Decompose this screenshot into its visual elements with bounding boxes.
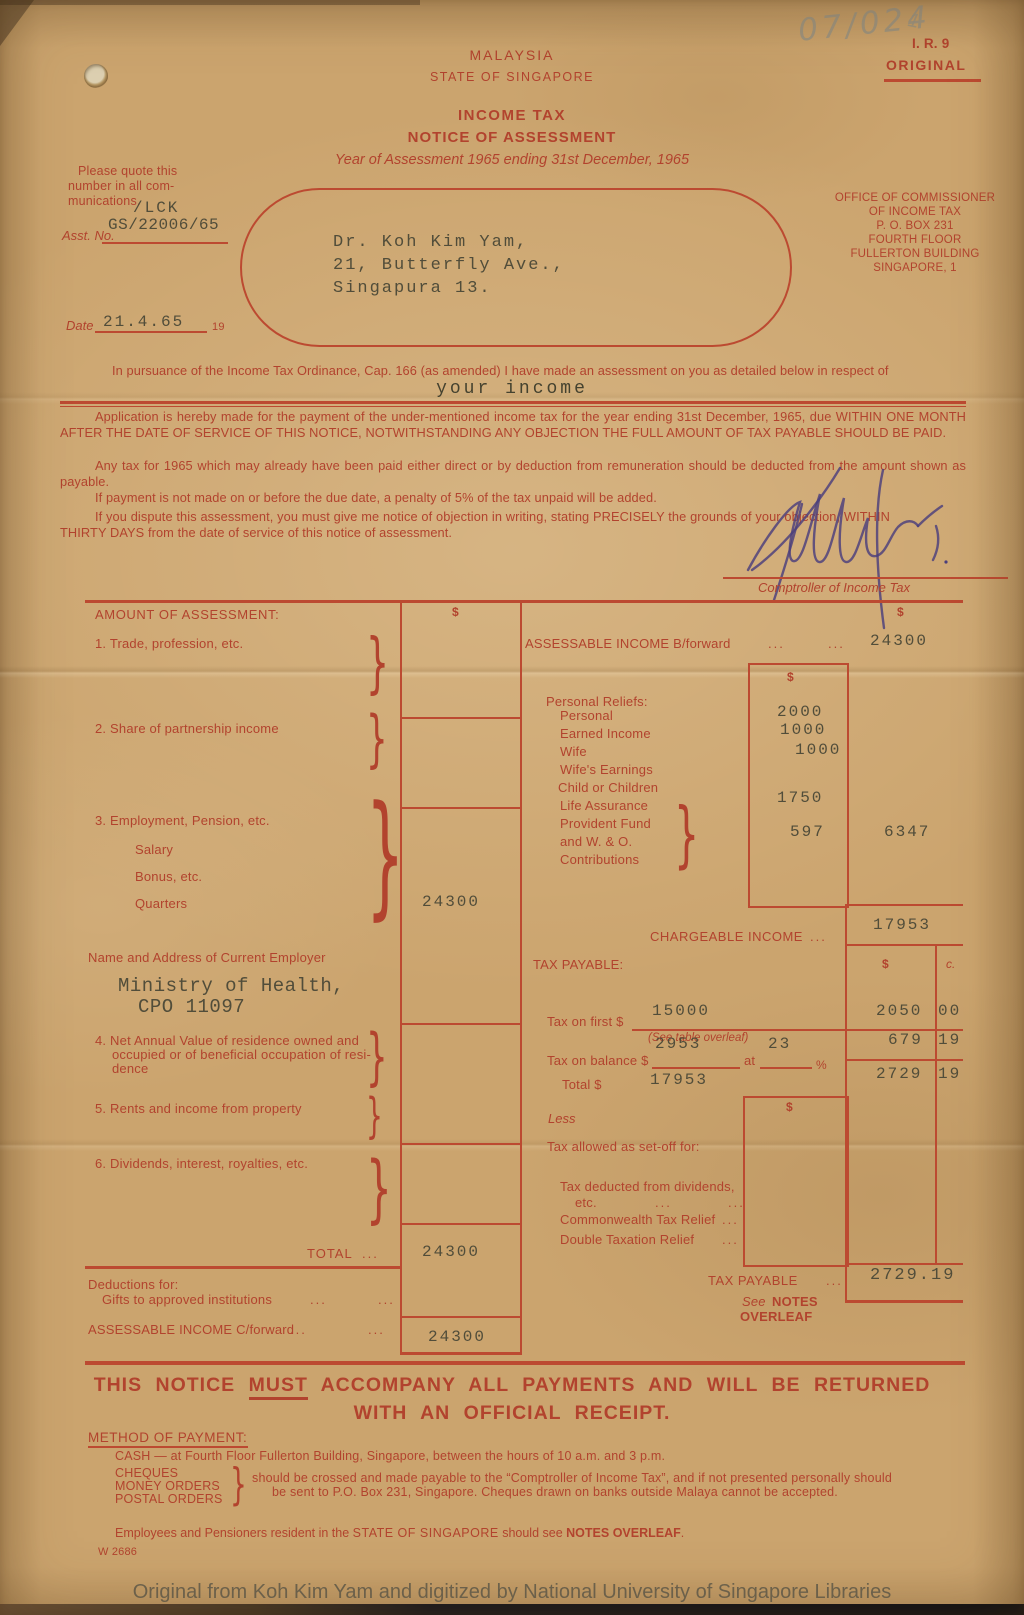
row-divider: [400, 1223, 522, 1225]
dot-leader: ...: [362, 1246, 379, 1261]
dot-leader: ...: [722, 1212, 739, 1227]
tax-total-amount-typed: 17953: [650, 1071, 708, 1089]
less-label: Less: [548, 1111, 575, 1126]
double-rule-bottom: [60, 406, 966, 407]
table-top-rule: [85, 600, 963, 603]
office-line: SINGAPORE, 1: [800, 262, 1024, 274]
employees-note-pre: Employees and Pensioners resident in the: [115, 1526, 349, 1540]
relief-child-value: 1750: [777, 789, 823, 807]
quarters-value-typed: 24300: [422, 893, 480, 911]
right-currency-header: $: [897, 605, 904, 619]
date-line: [95, 331, 207, 333]
bforward-label: ASSESSABLE INCOME B/forward: [525, 636, 731, 651]
tax-balance-dollar: 679: [888, 1031, 923, 1049]
instrument-postal-orders: POSTAL ORDERS: [115, 1492, 222, 1506]
doc-title-1: INCOME TAX: [0, 107, 1024, 124]
chargeable-value-typed: 17953: [873, 916, 931, 934]
brace-rents: }: [366, 1092, 383, 1140]
dot-leader: ...: [290, 1322, 307, 1337]
chargeable-box-top: [845, 904, 963, 906]
item-partnership: 2. Share of partnership income: [95, 721, 279, 736]
left-amount-col-right-rule: [520, 600, 522, 1352]
employees-note: Employees and Pensioners resident in the…: [115, 1526, 684, 1540]
instrument-cheques: CHEQUES: [115, 1466, 178, 1480]
dot-leader: ...: [368, 1322, 385, 1337]
overleaf-word: OVERLEAF: [740, 1309, 812, 1324]
double-rule-top: [60, 401, 966, 404]
addressee-line-3: Singapura 13.: [333, 279, 492, 298]
relief-earned-income: Earned Income: [560, 726, 651, 741]
relief-wife-earnings: Wife's Earnings: [560, 762, 653, 777]
tax-balance-underline-1: [652, 1067, 740, 1069]
setoff-double-taxation: Double Taxation Relief: [560, 1232, 694, 1247]
date-typed: 21.4.65: [103, 313, 184, 331]
notice-pre: THIS NOTICE: [94, 1374, 236, 1396]
fold-crease: [0, 1139, 1024, 1151]
office-line: P. O. BOX 231: [800, 220, 1024, 232]
tax-balance-underline-2: [760, 1067, 812, 1069]
setoff-header: Tax allowed as set-off for:: [547, 1139, 700, 1154]
office-line: FULLERTON BUILDING: [800, 248, 1024, 260]
addressee-line-1: Dr. Koh Kim Yam,: [333, 233, 528, 252]
dot-leader: ...: [378, 1292, 395, 1307]
see-label: See: [742, 1294, 766, 1309]
tax-first-amount-typed: 15000: [652, 1002, 710, 1020]
item-net-annual: occupied or of beneficial occupation of …: [112, 1047, 371, 1062]
tax-first-label: Tax on first $: [547, 1014, 624, 1029]
relief-wife-value: 1000: [795, 741, 841, 759]
relief-earned-value: 1000: [780, 721, 826, 739]
cforward-box-bottom: [400, 1352, 522, 1355]
addressee-line-2: 21, Butterfly Ave.,: [333, 256, 565, 275]
header-state: STATE OF SINGAPORE: [0, 70, 1024, 84]
cents-col-header: c.: [946, 957, 955, 971]
deductions-label: Deductions for:: [88, 1277, 178, 1292]
row-divider: [400, 1023, 522, 1025]
cforward-value-typed: 24300: [428, 1328, 486, 1346]
method-header-underline: [88, 1446, 248, 1448]
paragraph-application: Application is hereby made for the payme…: [60, 409, 966, 440]
fold-crease: [0, 666, 1024, 678]
brace-trade: }: [366, 630, 389, 696]
setoff-box: [743, 1096, 849, 1267]
employees-note-mid: should see: [502, 1526, 562, 1540]
tax-balance-amount-typed: 2953: [655, 1035, 701, 1053]
reliefs-header: Personal Reliefs:: [546, 694, 648, 709]
scan-edge-strip: [0, 1604, 1024, 1615]
method-of-payment-header: METHOD OF PAYMENT:: [88, 1430, 247, 1445]
office-line: OF INCOME TAX: [800, 206, 1024, 218]
assessment-title: AMOUNT OF ASSESSMENT:: [95, 607, 279, 622]
reliefs-currency-header: $: [787, 670, 794, 684]
dot-leader: ...: [310, 1292, 327, 1307]
total-label: TOTAL: [307, 1246, 353, 1261]
tax-total-cents: 19: [938, 1065, 961, 1083]
subject-typed: your income: [0, 379, 1024, 399]
total-value-typed: 24300: [422, 1243, 480, 1261]
relief-personal: Personal: [560, 708, 613, 723]
dot-leader: ...: [810, 929, 827, 944]
setoff-currency-header: $: [786, 1100, 793, 1114]
percent-sign: %: [816, 1058, 827, 1072]
office-line: FOURTH FLOOR: [800, 234, 1024, 246]
employees-note-state: STATE OF SINGAPORE: [353, 1526, 499, 1540]
digitization-credit: Original from Koh Kim Yam and digitized …: [0, 1581, 1024, 1604]
tax-balance-cents: 19: [938, 1031, 961, 1049]
brace-payment-instruments: }: [230, 1463, 247, 1507]
dot-leader: ...: [768, 636, 785, 651]
quote-note-line: munications.: [68, 194, 141, 208]
final-tax-payable-label: TAX PAYABLE: [708, 1273, 798, 1288]
item-rents: 5. Rents and income from property: [95, 1101, 302, 1116]
tax-balance-rate-typed: 23: [768, 1035, 791, 1053]
sub-bonus: Bonus, etc.: [135, 869, 202, 884]
office-line: OFFICE OF COMMISSIONER: [800, 192, 1024, 204]
setoff-dividends: Tax deducted from dividends,: [560, 1179, 735, 1194]
torn-corner: [0, 0, 34, 46]
header-country: MALAYSIA: [0, 47, 1024, 63]
tax-first-dollar: 2050: [876, 1002, 922, 1020]
brace-provident-group: }: [674, 798, 699, 870]
reliefs-total-typed: 6347: [884, 823, 930, 841]
relief-wife: Wife: [560, 744, 587, 759]
dot-leader: ...: [826, 1273, 843, 1288]
row-divider: [400, 717, 522, 719]
left-amount-col-left-rule: [400, 600, 402, 1352]
tax-first-cents: 00: [938, 1002, 961, 1020]
return-notice-line-1: THIS NOTICE MUST ACCOMPANY ALL PAYMENTS …: [40, 1374, 984, 1397]
brace-employment: }: [366, 788, 404, 922]
item-net-annual: dence: [112, 1061, 148, 1076]
dot-leader: ...: [828, 636, 845, 651]
tax-balance-cell-rule: [845, 1059, 963, 1061]
signature-rule: [723, 577, 1008, 579]
brace-dividends: }: [366, 1152, 392, 1226]
footer-divider-rule: [85, 1361, 965, 1365]
date-year-prefix: 19: [212, 321, 225, 333]
form-code: W 2686: [98, 1546, 137, 1558]
relief-personal-value: 2000: [777, 703, 823, 721]
signatory-title: Comptroller of Income Tax: [758, 580, 910, 595]
pursuance-line: In pursuance of the Income Tax Ordinance…: [60, 363, 966, 379]
brace-partnership: }: [366, 708, 388, 770]
employer-label: Name and Address of Current Employer: [88, 950, 326, 965]
employees-note-bold: NOTES OVERLEAF: [566, 1526, 681, 1540]
employer-typed-2: CPO 11097: [138, 996, 245, 1018]
signature-ink: [690, 448, 960, 633]
scanned-tax-notice-page: 07/024 1 I. R. 9 ORIGINAL MALAYSIA STATE…: [0, 0, 1024, 1615]
notice-post: ACCOMPANY ALL PAYMENTS AND WILL BE RETUR…: [321, 1374, 931, 1396]
total-label-rule: [85, 1266, 400, 1269]
instruments-instruction-2: be sent to P.O. Box 231, Singapore. Cheq…: [272, 1485, 838, 1499]
asst-no-typed: GS/22006/65: [108, 216, 219, 234]
dollar-col-header: $: [882, 957, 889, 971]
relief-life-assurance: Life Assurance: [560, 798, 648, 813]
deductions-gifts: Gifts to approved institutions: [102, 1292, 272, 1307]
relief-child: Child or Children: [558, 780, 658, 795]
dot-leader: ...: [722, 1232, 739, 1247]
instrument-money-orders: MONEY ORDERS: [115, 1479, 220, 1493]
relief-provident-fund: Provident Fund: [560, 816, 651, 831]
item-trade: 1. Trade, profession, etc.: [95, 636, 243, 651]
payable-box-top: [845, 1263, 963, 1265]
top-edge-shadow: [0, 0, 420, 5]
relief-pf-value: 597: [790, 823, 825, 841]
sub-salary: Salary: [135, 842, 173, 857]
bforward-value-typed: 24300: [870, 632, 928, 650]
at-label: at: [744, 1053, 755, 1068]
item-employment: 3. Employment, Pension, etc.: [95, 813, 270, 828]
date-label: Date: [66, 318, 93, 333]
setoff-commonwealth: Commonwealth Tax Relief: [560, 1212, 715, 1227]
quote-note-line: number in all com-: [68, 179, 174, 193]
return-notice-line-2: WITH AN OFFICIAL RECEIPT.: [0, 1402, 1024, 1425]
final-tax-payable-value: 2729.19: [870, 1266, 955, 1285]
employer-typed-1: Ministry of Health,: [118, 975, 344, 997]
chargeable-box-bottom: [845, 944, 963, 946]
asst-no-label: Asst. No.: [62, 228, 115, 243]
doc-title-2: NOTICE OF ASSESSMENT: [0, 129, 1024, 146]
cents-divider-rule: [935, 946, 937, 1263]
cash-method-line: CASH — at Fourth Floor Fullerton Buildin…: [115, 1449, 665, 1463]
item-net-annual: 4. Net Annual Value of residence owned a…: [95, 1033, 359, 1048]
row-divider: [400, 807, 522, 809]
relief-wo: and W. & O.: [560, 834, 632, 849]
asst-no-prefix-typed: /LCK: [133, 199, 179, 217]
payable-box-bottom: [845, 1300, 963, 1303]
tax-total-label: Total $: [562, 1077, 602, 1092]
relief-contributions: Contributions: [560, 852, 639, 867]
row-divider: [400, 1143, 522, 1145]
tax-payable-header: TAX PAYABLE:: [533, 957, 623, 972]
sub-quarters: Quarters: [135, 896, 187, 911]
chargeable-label: CHARGEABLE INCOME: [650, 929, 803, 944]
quote-note-line: Please quote this: [78, 164, 177, 178]
asst-no-line: [102, 242, 228, 244]
notice-must-underlined: MUST: [249, 1374, 308, 1400]
item-dividends: 6. Dividends, interest, royalties, etc.: [95, 1156, 308, 1171]
notes-word: NOTES: [772, 1294, 818, 1309]
tax-balance-label: Tax on balance $: [547, 1053, 649, 1068]
dot-leader: ...: [728, 1195, 745, 1210]
left-currency-header: $: [452, 605, 459, 619]
instruments-instruction-1: should be crossed and made payable to th…: [252, 1471, 892, 1485]
tax-total-dollar: 2729: [876, 1065, 922, 1083]
setoff-dividends-etc: etc.: [575, 1195, 597, 1210]
cforward-label: ASSESSABLE INCOME C/forward: [88, 1322, 294, 1337]
dot-leader: ...: [655, 1195, 672, 1210]
reliefs-box: [748, 663, 849, 908]
cforward-box-top: [400, 1316, 522, 1318]
employees-note-post: .: [681, 1526, 684, 1540]
